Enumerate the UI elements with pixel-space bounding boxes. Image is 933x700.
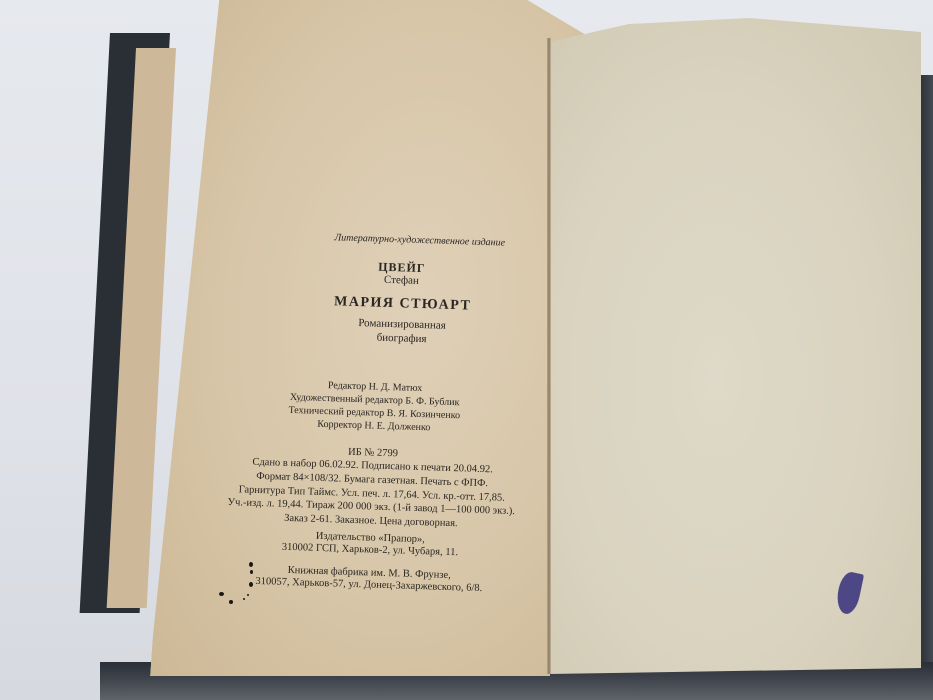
right-page xyxy=(549,18,921,674)
imprint-text: Литературно-художественное издание ЦВЕЙГ… xyxy=(189,228,560,598)
book-subtitle: Романизированная биография xyxy=(246,314,557,350)
print-info: ИБ № 2799 Сдано в набор 06.02.92. Подпис… xyxy=(191,441,553,534)
book-title: МАРИЯ СТЮАРТ xyxy=(248,291,558,318)
credits: Редактор Н. Д. Матюх Художественный реда… xyxy=(194,375,555,438)
ink-spots xyxy=(205,560,265,610)
book-photo: Литературно-художественное издание ЦВЕЙГ… xyxy=(0,0,933,700)
